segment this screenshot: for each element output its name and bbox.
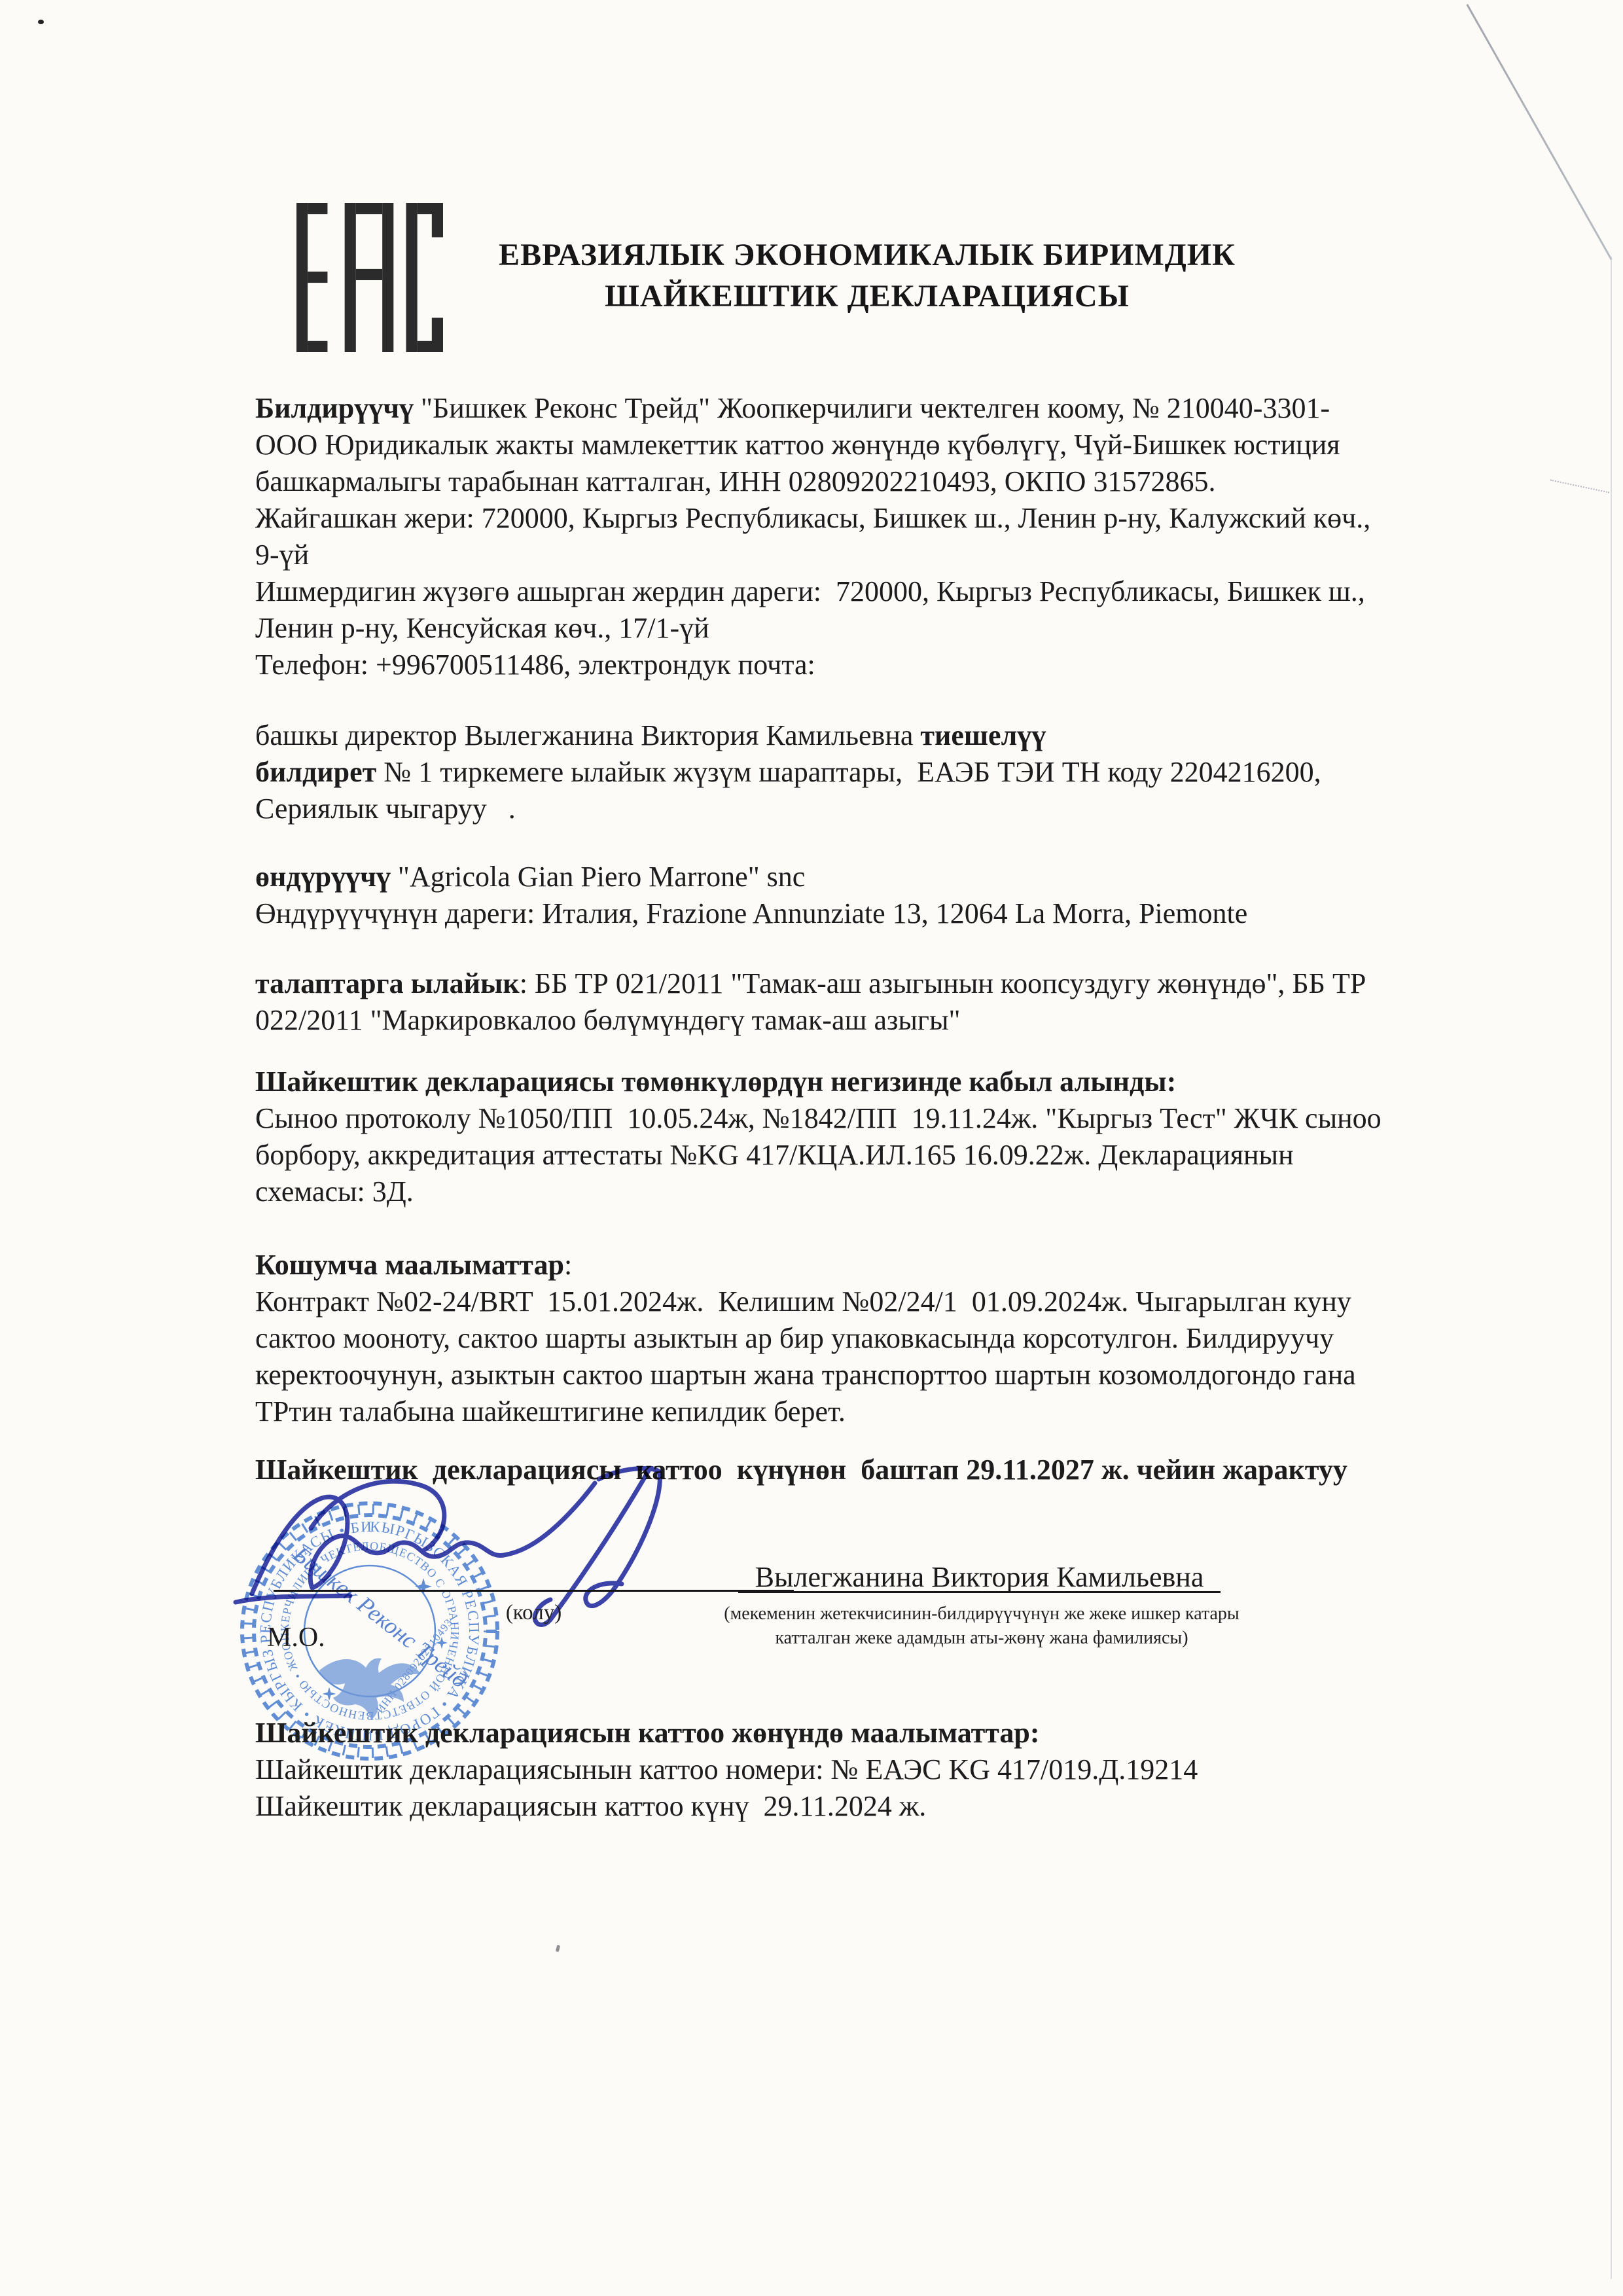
- declaration-document-page: ЕВРАЗИЯЛЫК ЭКОНОМИКАЛЫК БИРИМДИК ШАЙКЕШТ…: [0, 0, 1623, 2296]
- scan-dotted-artifact: [1550, 479, 1609, 493]
- head-name-underline: [738, 1591, 1221, 1593]
- title-line2: ШАЙКЕШТИК ДЕКЛАРАЦИЯСЫ: [458, 276, 1276, 317]
- stamp-place-label: М.О.: [267, 1622, 325, 1653]
- scan-crease-line: [1466, 4, 1612, 260]
- requirements-paragraph: талаптарга ылайык: ББ ТР 021/2011 "Тамак…: [255, 965, 1366, 1039]
- signature-line: [274, 1590, 794, 1592]
- signature-kolu-label: (колу): [274, 1601, 794, 1625]
- title-line1: ЕВРАЗИЯЛЫК ЭКОНОМИКАЛЫК БИРИМДИК: [458, 234, 1276, 276]
- manufacturer-paragraph: өндүрүүчү "Agricola Gian Piero Marrone" …: [255, 859, 1247, 932]
- scan-speck-artifact: [556, 1945, 560, 1952]
- director-paragraph: башкы директор Вылегжанина Виктория Ками…: [255, 717, 1321, 827]
- head-name-caption-line1: (мекеменин жетекчисинин-билдирүүчүнүн же…: [720, 1602, 1243, 1626]
- declarant-paragraph: Билдирүүчү "Бишкек Реконс Трейд" Жоопкер…: [255, 390, 1370, 683]
- head-name-caption-line2: катталган жеке адамдын аты-жөнү жана фам…: [720, 1626, 1243, 1650]
- scan-edge-line: [1611, 257, 1612, 2279]
- scan-dot-artifact: [38, 20, 44, 24]
- eac-mark-logo: [296, 203, 444, 352]
- registration-paragraph: Шайкештик декларациясын каттоо жөнүндө м…: [255, 1715, 1198, 1825]
- head-full-name: Вылегжанина Виктория Камильевна: [738, 1560, 1221, 1594]
- basis-paragraph: Шайкештик декларациясы төмөнкүлөрдүн нег…: [255, 1064, 1382, 1210]
- additional-paragraph: Кошумча маалыматтар:Контракт №02-24/BRT …: [255, 1247, 1356, 1430]
- eac-mark-graphic: [296, 203, 444, 352]
- head-name-caption: (мекеменин жетекчисинин-билдирүүчүнүн же…: [720, 1602, 1243, 1650]
- document-title: ЕВРАЗИЯЛЫК ЭКОНОМИКАЛЫК БИРИМДИК ШАЙКЕШТ…: [458, 234, 1276, 317]
